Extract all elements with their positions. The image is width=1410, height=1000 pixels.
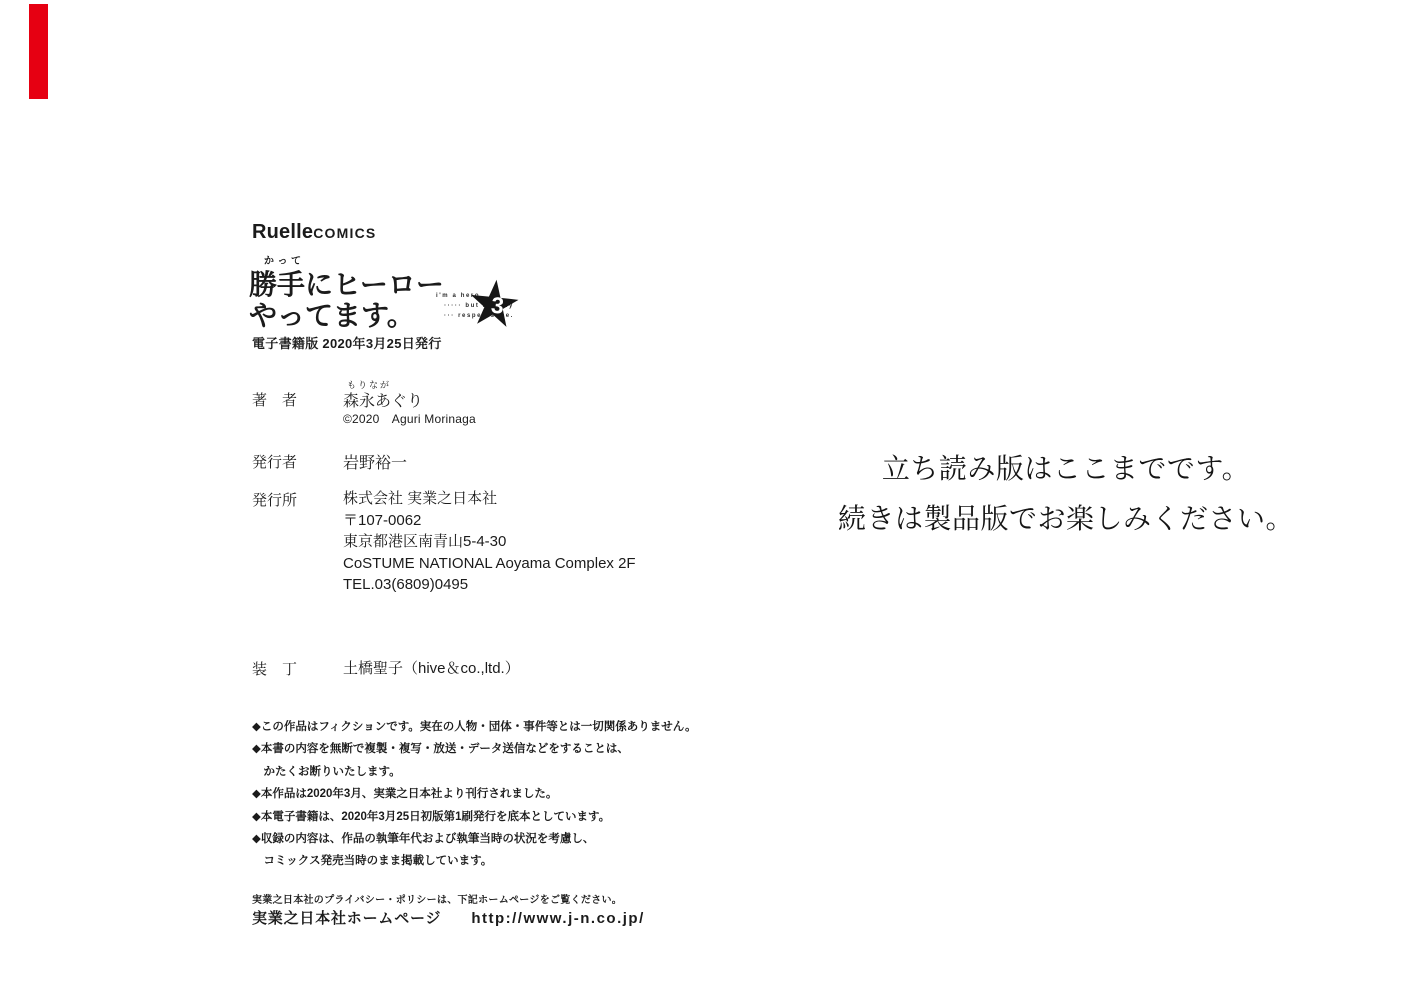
edition-date: 電子書籍版 2020年3月25日発行 (252, 333, 442, 352)
imprint-brand: Ruelle (252, 221, 313, 243)
colophon-page: RuelleCOMICS かって 勝手にヒーロー やってます。 i'm a he… (0, 0, 1410, 1000)
publisher-street-address: 東京都港区南青山5-4-30 (343, 531, 636, 553)
issuer-name: 岩野裕一 (343, 450, 407, 473)
note-line: かたくお断りいたします。 (252, 761, 696, 783)
book-title-line2: やってます。 (249, 294, 415, 334)
homepage-label: 実業之日本社ホームページ (252, 910, 441, 927)
volume-star: 3 (465, 275, 522, 332)
note-line: ◆収録の内容は、作品の執筆年代および執筆当時の状況を考慮し、 (252, 828, 696, 850)
star-icon: 3 (465, 275, 522, 332)
design-label: 装 丁 (252, 658, 297, 679)
imprint-logo: RuelleCOMICS (252, 221, 376, 244)
note-line: ◆本作品は2020年3月、実業之日本社より刊行されました。 (252, 783, 696, 805)
design-name: 土橋聖子（hive＆co.,ltd.） (343, 657, 520, 678)
volume-number: 3 (490, 292, 505, 319)
author-name: 森永あぐり (343, 388, 423, 411)
publisher-label: 発行所 (252, 489, 297, 510)
preview-end-line2: 続きは製品版でお楽しみください。 (836, 494, 1296, 544)
preview-end-notice: 立ち読み版はここまでです。 続きは製品版でお楽しみください。 (836, 444, 1296, 544)
issuer-label: 発行者 (252, 451, 297, 472)
imprint-suffix: COMICS (313, 225, 376, 241)
publisher-address: 株式会社 実業之日本社 〒107-0062 東京都港区南青山5-4-30 CoS… (343, 488, 636, 596)
publisher-telephone: TEL.03(6809)0495 (343, 574, 636, 596)
author-copyright: ©2020 Aguri Morinaga (343, 410, 476, 427)
spine-accent-bar (29, 4, 48, 99)
privacy-policy-note: 実業之日本社のプライバシー・ポリシーは、下記ホームページをご覧ください。 (252, 891, 622, 906)
publisher-postal-code: 〒107-0062 (343, 510, 636, 532)
legal-notes: ◆この作品はフィクションです。実在の人物・団体・事件等とは一切関係ありません。 … (252, 716, 696, 873)
note-line: ◆本書の内容を無断で複製・複写・放送・データ送信などをすることは、 (252, 738, 696, 760)
homepage-line: 実業之日本社ホームページhttp://www.j-n.co.jp/ (252, 907, 645, 928)
preview-end-line1: 立ち読み版はここまでです。 (836, 444, 1296, 494)
homepage-url: http://www.j-n.co.jp/ (471, 910, 644, 927)
note-line: ◆この作品はフィクションです。実在の人物・団体・事件等とは一切関係ありません。 (252, 716, 696, 738)
note-line: ◆本電子書籍は、2020年3月25日初版第1刷発行を底本としています。 (252, 806, 696, 828)
publisher-name: 株式会社 実業之日本社 (343, 488, 636, 510)
publisher-building: CoSTUME NATIONAL Aoyama Complex 2F (343, 553, 636, 575)
note-line: コミックス発売当時のまま掲載しています。 (252, 850, 696, 872)
author-label: 著 者 (252, 389, 297, 410)
